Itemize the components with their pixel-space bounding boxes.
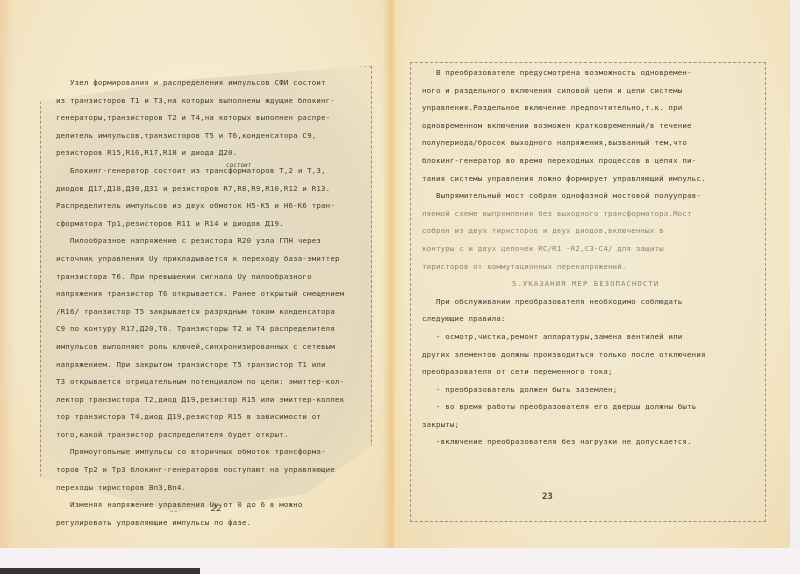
left-page-text: Узел формирования и распределения импуль…	[56, 74, 344, 531]
text-line: закрыты;	[422, 416, 706, 434]
text-line: - осмотр,чистка,ремонт аппаратуры,замена…	[422, 328, 706, 346]
text-line: Выпрямительный мост собран однофазной мо…	[422, 187, 706, 205]
text-line: одновременном включении возможен кратков…	[422, 117, 706, 135]
text-line: напряжения транзистор Т6 открывается. Ра…	[56, 285, 344, 303]
text-line: /R16/ транзистор Т5 закрывается разрядны…	[56, 303, 344, 321]
text-line: собран из двух тиристоров и двух диодов,…	[422, 222, 706, 240]
text-line: полупериода/бросок выходного напряжения,…	[422, 134, 706, 152]
text-line: Пилообразное напряжение с резистора R20 …	[56, 232, 344, 250]
text-line: резисторов R15,R16,R17,R18 и диода Д20.	[56, 144, 344, 162]
text-line: переходы тиристоров Вп3,Вп4.	[56, 479, 344, 497]
text-line: тиристоров от коммутационных перенапряже…	[422, 258, 706, 276]
scan-edge	[0, 568, 200, 574]
text-line: ляемой схеме выпрямления без выходного т…	[422, 205, 706, 223]
text-line: управления.Раздельное включение предпочт…	[422, 99, 706, 117]
handwritten-annotation: состоит	[226, 162, 251, 169]
text-line: Блокинг-генератор состоит из трансформат…	[56, 162, 344, 180]
text-line: В преобразователе предусмотрена возможно…	[422, 64, 706, 82]
text-line: Узел формирования и распределения импуль…	[56, 74, 344, 92]
text-line: транзистора Т6. При превышении сигнала U…	[56, 268, 344, 286]
text-line: ного и раздельного включения силовой цеп…	[422, 82, 706, 100]
text-line: импульсов выполняют роль ключей,синхрони…	[56, 338, 344, 356]
text-line: При обслуживании преобразователя необход…	[422, 293, 706, 311]
left-page: Узел формирования и распределения импуль…	[0, 0, 390, 548]
text-line: следующие правила:	[422, 310, 706, 328]
text-line: источник управления Uу прикладывается к …	[56, 250, 344, 268]
text-line: преобразователя от сети переменного тока…	[422, 363, 706, 381]
text-line: напряжением. При закрытом транзисторе Т5…	[56, 356, 344, 374]
text-line: -включение преобразователя без нагрузки …	[422, 433, 706, 451]
section-heading: 5.УКАЗАНИЯ МЕР БЕЗОПАСНОСТИ	[422, 275, 706, 293]
text-line: регулировать управляющие импульсы по фаз…	[56, 514, 344, 532]
text-line: генераторы,транзисторов Т2 и Т4,на котор…	[56, 109, 344, 127]
text-line: делитель импульсов,транзисторов Т5 и Т6,…	[56, 127, 344, 145]
book-gutter	[382, 0, 404, 548]
text-line: Прямоугольные импульсы со вторичных обмо…	[56, 443, 344, 461]
text-line: Распределитель импульсов из двух обмоток…	[56, 197, 344, 215]
text-line: С9 по контуру R17,Д20,Т6. Транзисторы Т2…	[56, 320, 344, 338]
right-page: В преобразователе предусмотрена возможно…	[392, 0, 790, 548]
text-line: - во время работы преобразователя его дв…	[422, 398, 706, 416]
text-line: лектор транзистора Т2,диод Д19,резистор …	[56, 391, 344, 409]
booklet-spread: Узел формирования и распределения импуль…	[0, 0, 790, 548]
text-line: - преобразователь должен быть заземлен;	[422, 381, 706, 399]
text-line: того,какой транзистор распределителя буд…	[56, 426, 344, 444]
right-page-text: В преобразователе предусмотрена возможно…	[422, 64, 706, 451]
text-line: тания системы управления ложно формирует…	[422, 170, 706, 188]
text-line: других элементов должны производиться то…	[422, 346, 706, 364]
right-page-number: 23	[542, 492, 553, 502]
text-line: Изменяя напряжение управления Uу от 0 до…	[56, 496, 344, 514]
text-line: торов Тр2 и Тр3 блокинг-генераторов пост…	[56, 461, 344, 479]
text-line: Т3 открывается отрицательным потенциалом…	[56, 373, 344, 391]
text-line: тор транзистора Т4,диод Д19,резистор R15…	[56, 408, 344, 426]
page-edge-shadow	[0, 0, 14, 548]
text-line: из транзисторов Т1 и Т3,на которых выпол…	[56, 92, 344, 110]
text-line: блокинг-генератор во время переходных пр…	[422, 152, 706, 170]
text-line: сформатора Тр1,резисторов R11 и R14 и ди…	[56, 215, 344, 233]
left-page-number: 22	[211, 504, 222, 514]
text-line: диодов Д17,Д18,Д30,Д31 и резисторов R7,R…	[56, 180, 344, 198]
text-line: контуры с и двух цепочек RC/R1 -R2,С3-С4…	[422, 240, 706, 258]
